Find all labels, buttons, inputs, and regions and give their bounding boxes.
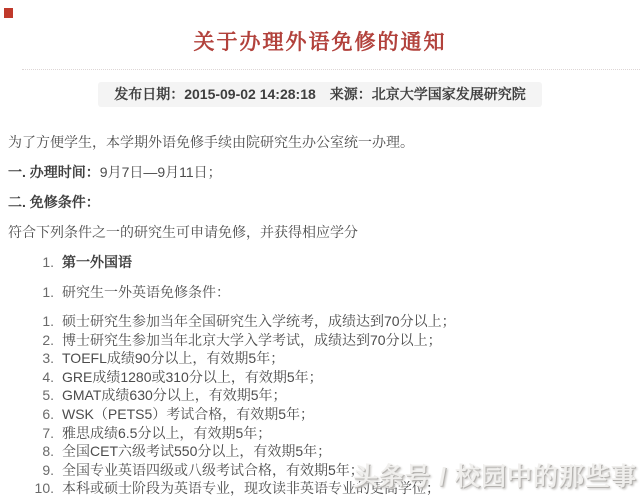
item-number: 1. — [38, 252, 54, 272]
condition-item: 3.TOEFL成绩90分以上，有效期5年； — [32, 349, 636, 368]
section-time: 一. 办理时间：9月7日—9月11日； — [8, 162, 636, 182]
item-number: 3. — [32, 349, 54, 368]
notice-page: 关于办理外语免修的通知 发布日期：2015-09-02 14:28:18来源：北… — [0, 0, 640, 497]
item-number: 5. — [32, 386, 54, 405]
section-conditions-label: 二. 免修条件： — [8, 194, 100, 210]
toutiao-watermark: 头条号 / 校园中的那些事 — [353, 457, 637, 493]
item-number: 9. — [32, 461, 54, 480]
item-number: 6. — [32, 405, 54, 424]
condition-item: 4.GRE成绩1280或310分以上，有效期5年； — [32, 368, 636, 387]
condition-item: 1.硕士研究生参加当年全国研究生入学统考，成绩达到70分以上； — [32, 312, 636, 331]
item-text: 雅思成绩6.5分以上，有效期5年； — [62, 424, 636, 443]
condition-item: 7.雅思成绩6.5分以上，有效期5年； — [32, 424, 636, 443]
item-number: 1. — [32, 312, 54, 331]
first-foreign-language-heading: 1.第一外国语 — [38, 252, 636, 272]
publish-date-value: 2015-09-02 14:28:18 — [184, 86, 316, 102]
english-condition-heading: 1.研究生一外英语免修条件： — [38, 282, 636, 302]
item-text: 博士研究生参加当年北京大学入学考试，成绩达到70分以上； — [62, 331, 636, 350]
conditions-intro: 符合下列条件之一的研究生可申请免修，并获得相应学分 — [8, 222, 636, 242]
item-text: 第一外国语 — [62, 254, 132, 270]
publish-date-label: 发布日期： — [114, 86, 184, 102]
item-text: GRE成绩1280或310分以上，有效期5年； — [62, 368, 636, 387]
item-text: 硕士研究生参加当年全国研究生入学统考，成绩达到70分以上； — [62, 312, 636, 331]
item-number: 2. — [32, 331, 54, 350]
item-text: GMAT成绩630分以上，有效期5年； — [62, 386, 636, 405]
intro-paragraph: 为了方便学生，本学期外语免修手续由院研究生办公室统一办理。 — [8, 132, 636, 152]
section-time-value: 9月7日—9月11日； — [100, 164, 222, 180]
item-number: 1. — [38, 282, 54, 302]
condition-item: 5.GMAT成绩630分以上，有效期5年； — [32, 386, 636, 405]
source-value: 北京大学国家发展研究院 — [372, 86, 526, 102]
source-label: 来源： — [330, 86, 372, 102]
item-number: 10. — [32, 479, 54, 497]
item-text: WSK（PETS5）考试合格，有效期5年； — [62, 405, 636, 424]
condition-item: 2.博士研究生参加当年北京大学入学考试，成绩达到70分以上； — [32, 331, 636, 350]
meta-bar: 发布日期：2015-09-02 14:28:18来源：北京大学国家发展研究院 — [98, 82, 542, 107]
title-divider — [22, 69, 640, 70]
notice-body: 为了方便学生，本学期外语免修手续由院研究生办公室统一办理。 一. 办理时间：9月… — [8, 132, 636, 497]
item-number: 7. — [32, 424, 54, 443]
item-text: 研究生一外英语免修条件： — [62, 284, 230, 300]
condition-item: 6.WSK（PETS5）考试合格，有效期5年； — [32, 405, 636, 424]
item-text: TOEFL成绩90分以上，有效期5年； — [62, 349, 636, 368]
item-number: 8. — [32, 442, 54, 461]
section-time-label: 一. 办理时间： — [8, 164, 100, 180]
section-conditions: 二. 免修条件： — [8, 192, 636, 212]
item-number: 4. — [32, 368, 54, 387]
page-title: 关于办理外语免修的通知 — [0, 0, 640, 56]
corner-marker — [4, 8, 13, 18]
